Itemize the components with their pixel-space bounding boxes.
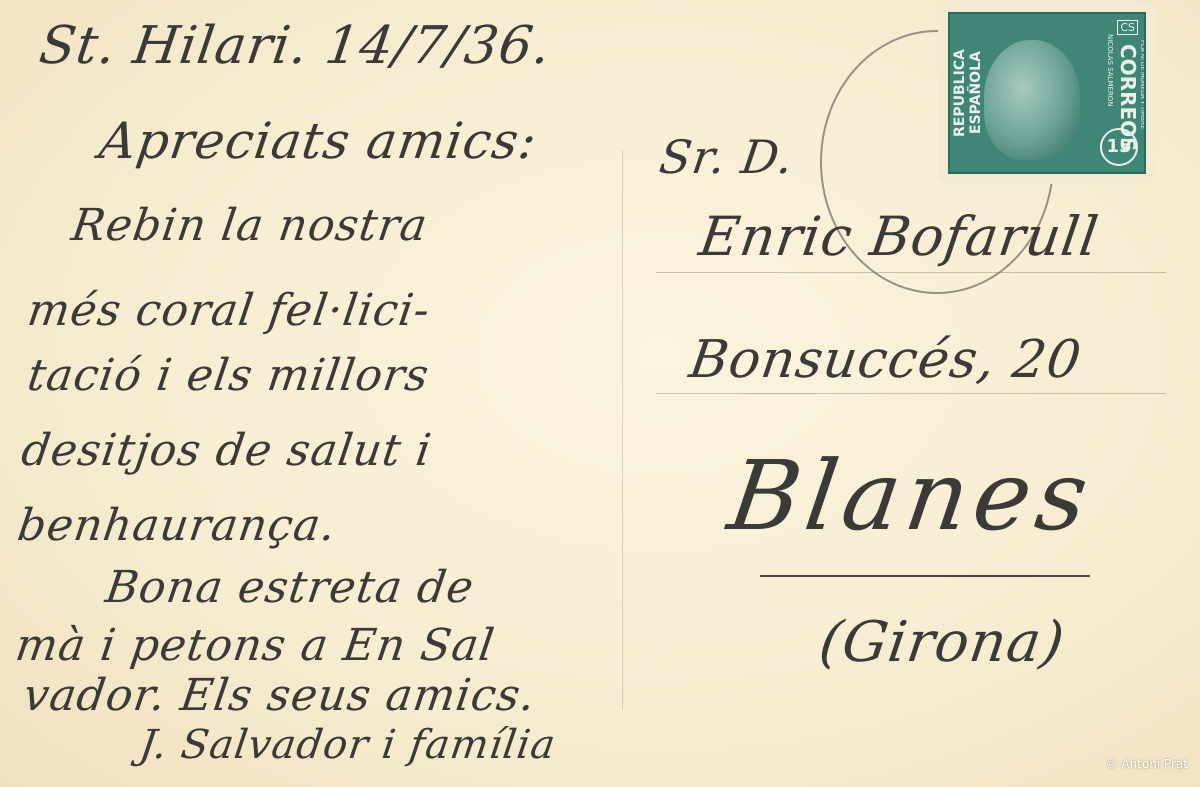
center-divider [622,150,623,710]
address-city: Blanes [722,440,1100,552]
address-line-rule [656,272,1166,273]
message-line: Rebin la nostra [68,200,431,251]
message-salutation: Apreciats amics: [96,112,541,170]
message-date-line: St. Hilari. 14/7/36. [36,16,555,76]
address-name: Enric Bofarull [696,205,1103,268]
message-line: mà i petons a En Sal [12,620,498,671]
address-street: Bonsuccés, 20 [686,330,1086,390]
message-line: més coral fel·lici- [24,285,433,336]
postage-stamp: REPUBLICA ESPAÑOLA NICOLAS SALMERON CORR… [942,6,1152,180]
stamp-printer-text: FCA Nl DE MONEDA Y TIMBRE [1138,40,1146,129]
message-line: tació i els millors [24,350,432,401]
message-line: desitjos de salut i [18,425,435,476]
address-title: Sr. D. [656,130,797,184]
city-underline [760,575,1090,577]
stamp-value: 15 [1100,128,1138,166]
stamp-portrait [984,40,1080,160]
message-line: Bona estreta de [102,562,477,613]
stamp-portrait-caption: NICOLAS SALMERON [1104,34,1114,107]
message-signature: J. Salvador i família [137,722,559,768]
stamp-unit: CS [1117,20,1138,35]
copyright-watermark: © Antoni Prat [1106,757,1188,771]
message-line: benhaurança. [14,500,339,551]
address-province: (Girona) [815,610,1068,675]
stamp-country-text: REPUBLICA ESPAÑOLA [952,18,974,168]
message-line: vador. Els seus amics. [20,670,539,721]
address-line-rule [656,393,1166,394]
